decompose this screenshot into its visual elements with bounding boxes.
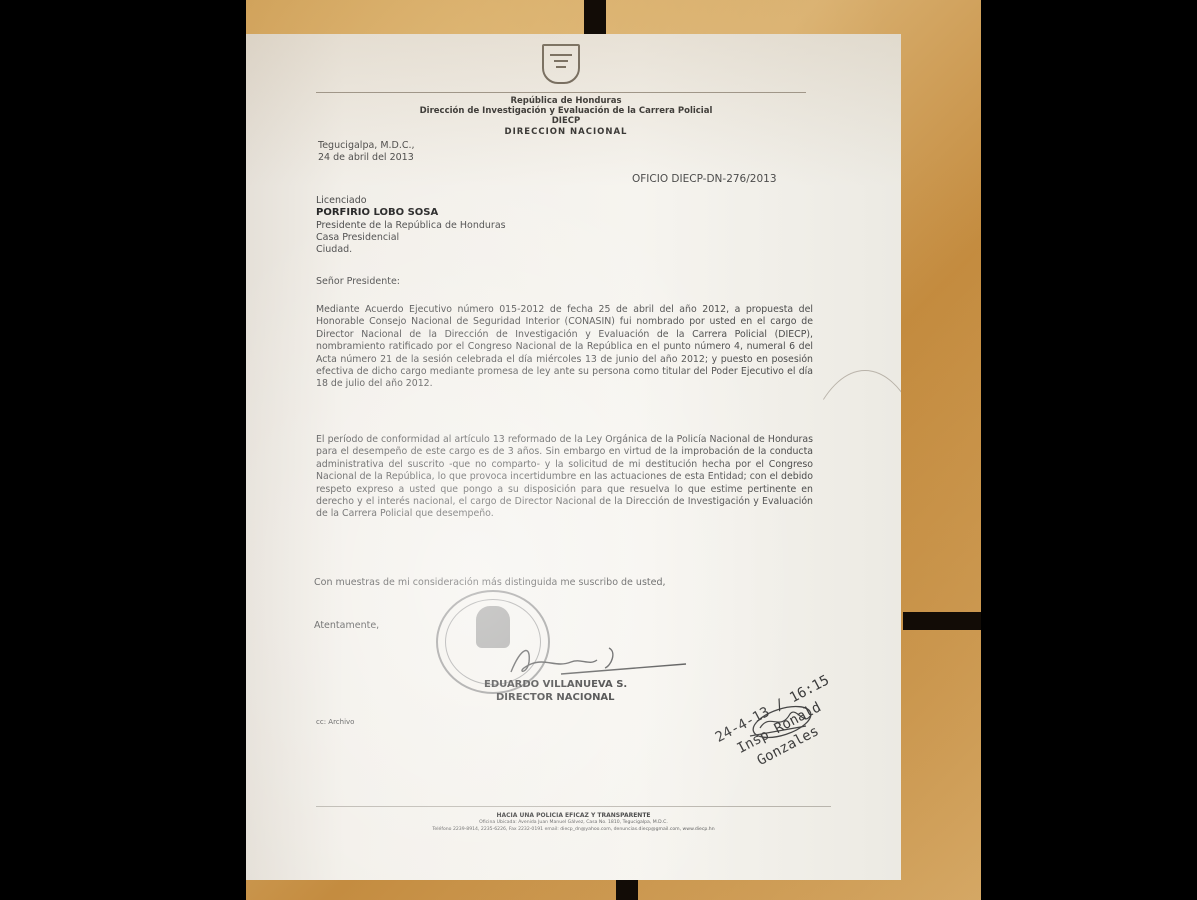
signoff: Atentamente,	[314, 620, 379, 632]
closing-line: Con muestras de mi consideración más dis…	[314, 577, 666, 589]
tile-grout	[584, 0, 606, 34]
recipient-name: PORFIRIO LOBO SOSA	[316, 207, 438, 219]
shield-crest-icon	[542, 44, 580, 84]
recipient-title: Licenciado	[316, 195, 367, 207]
handwritten-receipt-note: 24-4-13 / 16:15 Insp Ronald Gonzales	[712, 650, 918, 836]
letterhead-country: República de Honduras	[366, 96, 766, 106]
footer-contact: Teléfono 2239-8914, 2235-6226, Fax 2232-…	[316, 827, 831, 832]
signature-icon	[501, 642, 691, 678]
footer-motto: HACIA UNA POLICIA EFICAZ Y TRANSPARENTE	[316, 812, 831, 819]
tile-grout	[616, 878, 638, 900]
reference-number: OFICIO DIECP-DN-276/2013	[632, 173, 777, 185]
signer-name: EDUARDO VILLANUEVA S.	[484, 679, 627, 691]
date: 24 de abril del 2013	[318, 152, 414, 164]
signer-title: DIRECTOR NACIONAL	[496, 692, 615, 704]
recipient-office: Casa Presidencial	[316, 232, 399, 244]
salutation: Señor Presidente:	[316, 276, 400, 288]
letter-document: República de Honduras Dirección de Inves…	[246, 34, 901, 880]
footer-divider	[316, 806, 831, 807]
header-divider	[316, 92, 806, 93]
body-paragraph: El período de conformidad al artículo 13…	[316, 434, 813, 521]
cc-line: cc: Archivo	[316, 716, 354, 728]
letterhead-acronym: DIECP	[366, 116, 766, 126]
body-paragraph: Mediante Acuerdo Ejecutivo número 015-20…	[316, 304, 813, 391]
tile-grout	[903, 612, 981, 630]
letterhead-office: DIRECCION NACIONAL	[366, 127, 766, 137]
letterhead-agency: Dirección de Investigación y Evaluación …	[346, 106, 786, 116]
place: Tegucigalpa, M.D.C.,	[318, 140, 415, 152]
recipient-position: Presidente de la República de Honduras	[316, 220, 506, 232]
footer-address: Oficina Ubicada: Avenida Juan Manuel Gál…	[316, 820, 831, 825]
recipient-city: Ciudad.	[316, 244, 352, 256]
